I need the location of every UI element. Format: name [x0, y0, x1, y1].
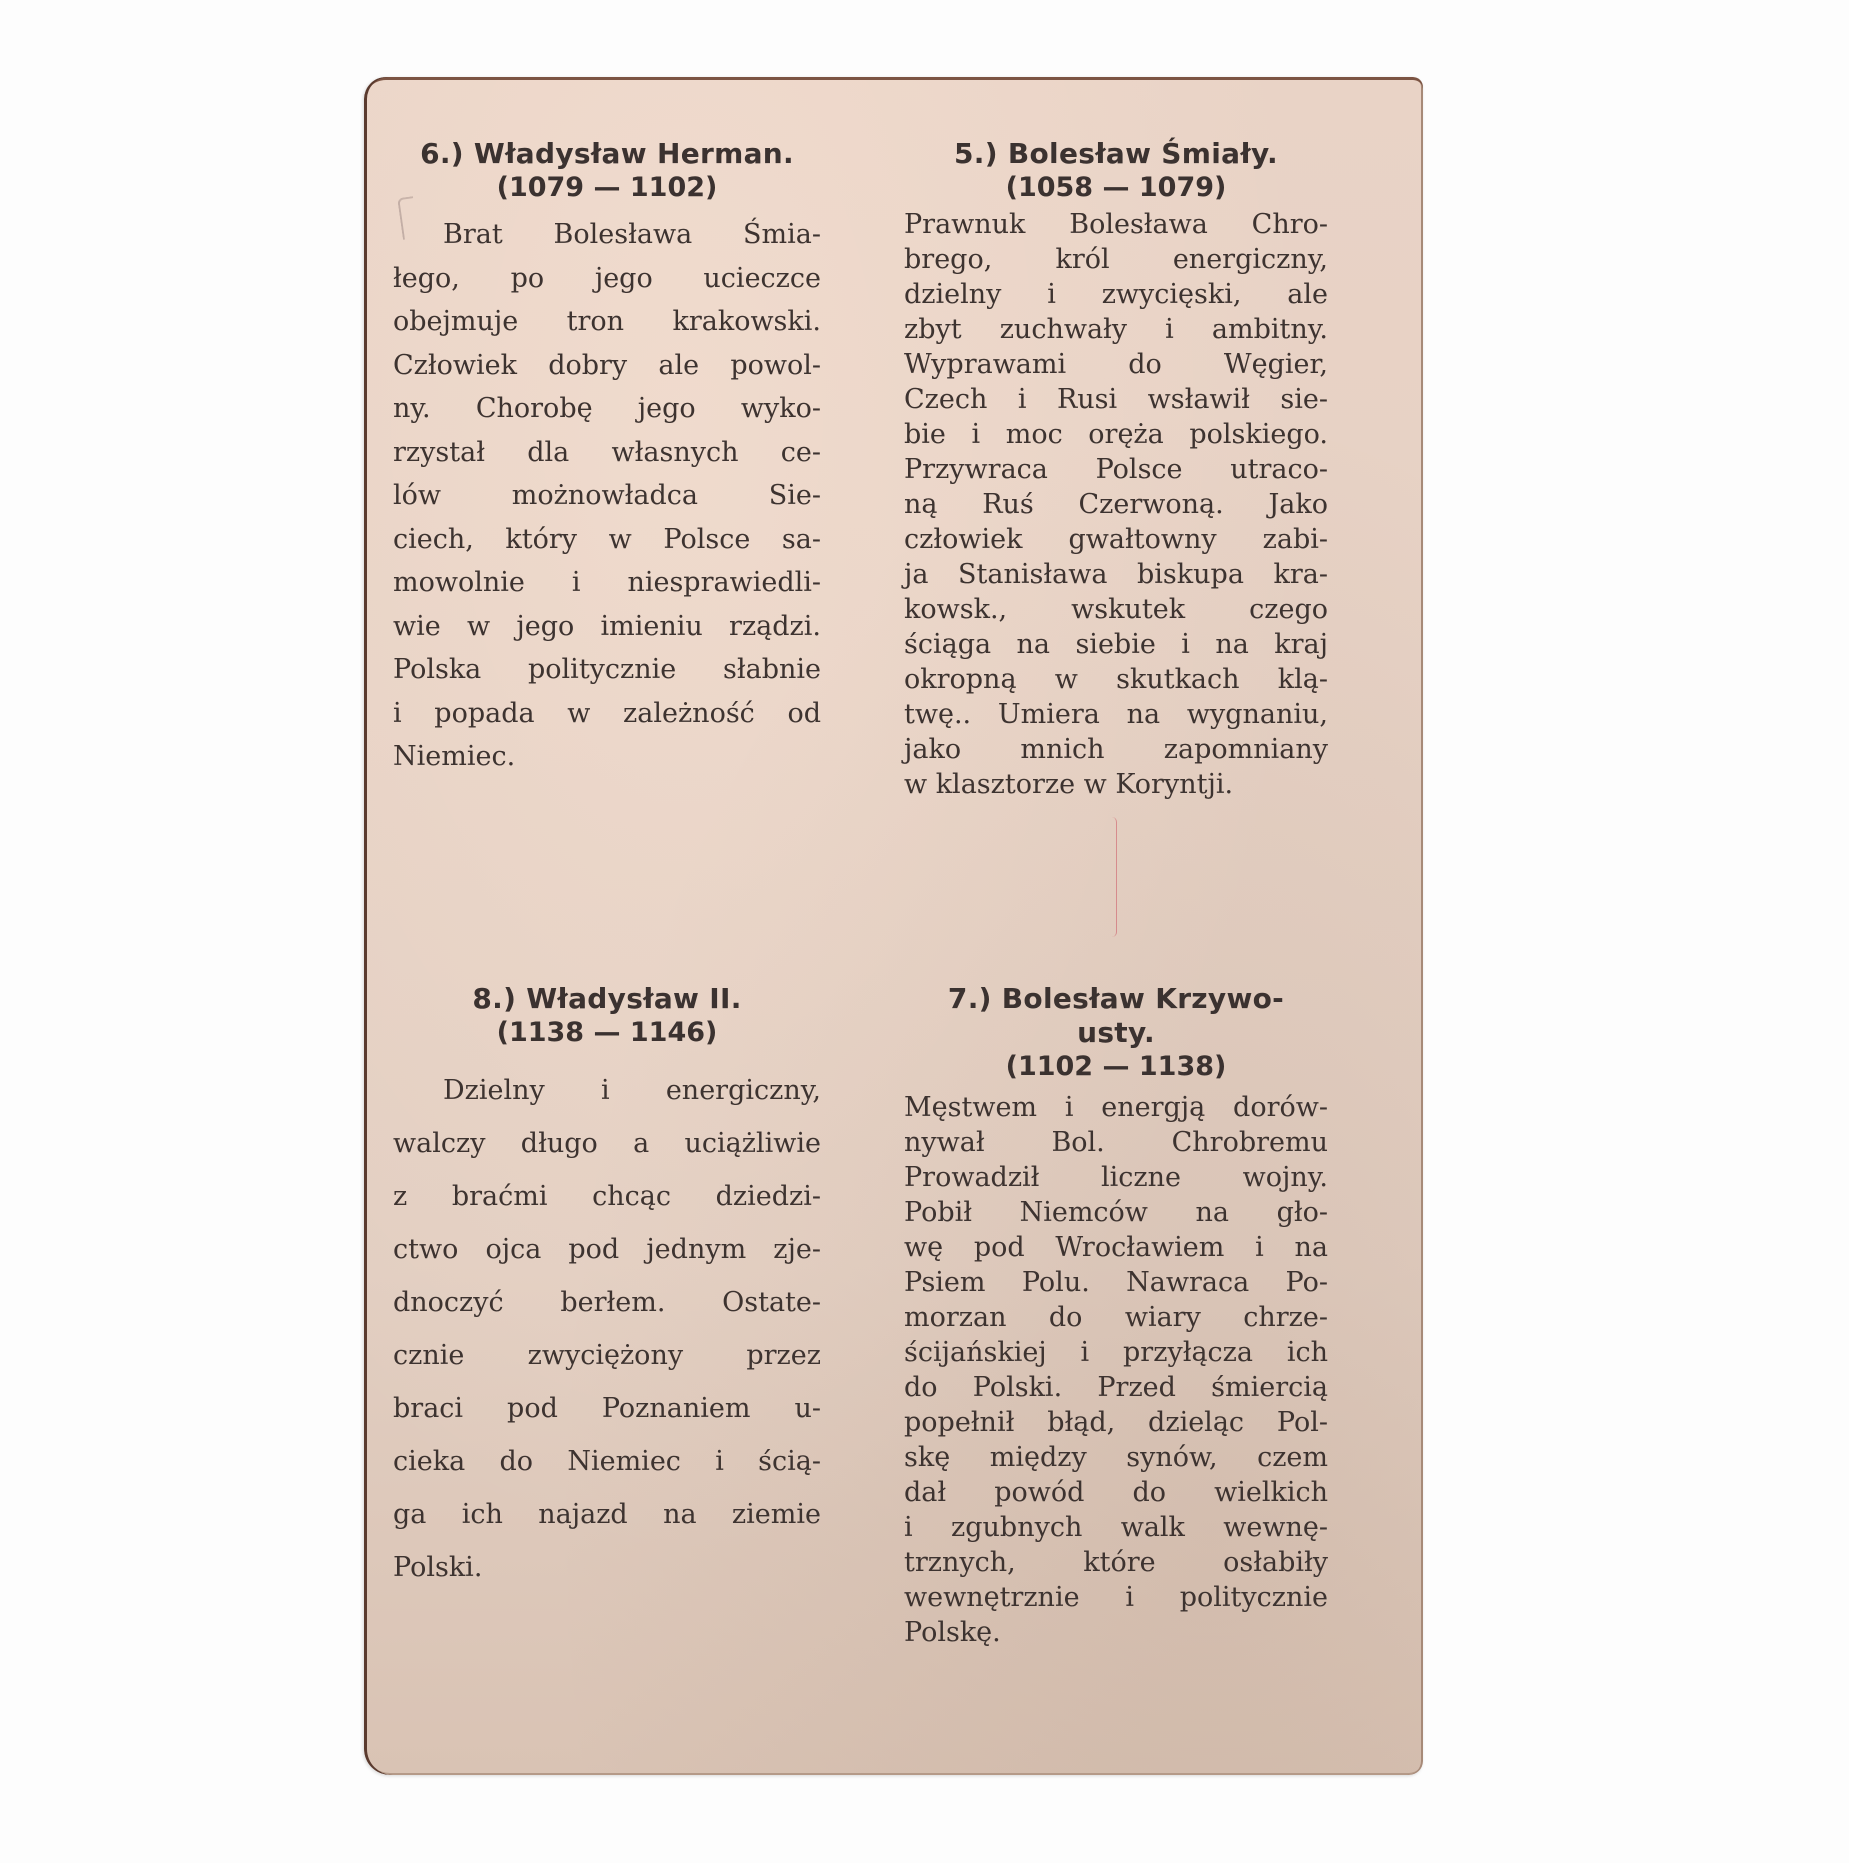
- reign-dates: (1058 — 1079): [904, 171, 1328, 205]
- text-line: Pobił Niemców na gło-: [904, 1195, 1328, 1230]
- text-line: kowsk., wskutek czego: [904, 592, 1328, 627]
- text-line: ciech, który w Polsce sa-: [393, 518, 821, 562]
- reign-dates: (1102 — 1138): [904, 1050, 1328, 1084]
- text-line: bie i moc oręża polskiego.: [904, 417, 1328, 452]
- text-line: Polski.: [393, 1541, 821, 1594]
- text-line: Wyprawami do Węgier,: [904, 347, 1328, 382]
- text-line: brego, król energiczny,: [904, 242, 1328, 277]
- section-title-continued: usty.: [904, 1016, 1328, 1050]
- text-line: Przywraca Polsce utraco-: [904, 452, 1328, 487]
- section-body: Męstwem i energją dorów-nywał Bol. Chrob…: [904, 1090, 1328, 1650]
- text-line: Brat Bolesława Śmia-: [393, 213, 821, 257]
- section-title: 8.) Władysław II.: [393, 982, 821, 1016]
- text-line: rzystał dla własnych ce-: [393, 431, 821, 475]
- text-line: dzielny i zwycięski, ale: [904, 277, 1328, 312]
- section-title: 7.) Bolesław Krzywo-: [904, 982, 1328, 1016]
- text-line: cieka do Niemiec i ścią-: [393, 1435, 821, 1488]
- text-line: Polska politycznie słabnie: [393, 648, 821, 692]
- text-line: wewnętrznie i politycznie: [904, 1580, 1328, 1615]
- text-line: popełnił błąd, dzieląc Pol-: [904, 1405, 1328, 1440]
- text-line: do Polski. Przed śmiercią: [904, 1370, 1328, 1405]
- reign-dates: (1079 — 1102): [393, 171, 821, 205]
- text-line: dał powód do wielkich: [904, 1475, 1328, 1510]
- text-line: Prowadził liczne wojny.: [904, 1160, 1328, 1195]
- text-line: człowiek gwałtowny zabi-: [904, 522, 1328, 557]
- text-line: walczy długo a uciążliwie: [393, 1117, 821, 1170]
- text-line: braci pod Poznaniem u-: [393, 1382, 821, 1435]
- reign-dates: (1138 — 1146): [393, 1016, 821, 1050]
- text-line: Dzielny i energiczny,: [393, 1064, 821, 1117]
- text-line: lów możnowładca Sie-: [393, 474, 821, 518]
- text-line: dnoczyć berłem. Ostate-: [393, 1276, 821, 1329]
- text-line: cznie zwyciężony przez: [393, 1329, 821, 1382]
- text-line: okropną w skutkach klą-: [904, 662, 1328, 697]
- text-line: skę między synów, czem: [904, 1440, 1328, 1475]
- text-line: twę.. Umiera na wygnaniu,: [904, 697, 1328, 732]
- section-wladyslaw-herman: 6.) Władysław Herman. (1079 — 1102) Brat…: [393, 137, 821, 779]
- text-line: ja Stanisława biskupa kra-: [904, 557, 1328, 592]
- text-line: wę pod Wrocławiem i na: [904, 1230, 1328, 1265]
- text-line: i zgubnych walk wewnę-: [904, 1510, 1328, 1545]
- text-line: i popada w zależność od: [393, 692, 821, 736]
- text-line: trznych, które osłabiły: [904, 1545, 1328, 1580]
- text-line: Psiem Polu. Nawraca Po-: [904, 1265, 1328, 1300]
- text-line: Człowiek dobry ale powol-: [393, 344, 821, 388]
- text-line: obejmuje tron krakowski.: [393, 300, 821, 344]
- section-boleslaw-krzywousty: 7.) Bolesław Krzywo- usty. (1102 — 1138)…: [904, 982, 1328, 1650]
- text-line: jako mnich zapomniany: [904, 732, 1328, 767]
- text-line: Czech i Rusi wsławił sie-: [904, 382, 1328, 417]
- section-title: 6.) Władysław Herman.: [393, 137, 821, 171]
- text-line: wie w jego imieniu rządzi.: [393, 605, 821, 649]
- text-line: łego, po jego ucieczce: [393, 257, 821, 301]
- text-line: morzan do wiary chrze-: [904, 1300, 1328, 1335]
- section-body: Prawnuk Bolesława Chro-brego, król energ…: [904, 207, 1328, 802]
- text-line: ctwo ojca pod jednym zje-: [393, 1223, 821, 1276]
- text-line: z braćmi chcąc dziedzi-: [393, 1170, 821, 1223]
- text-line: w klasztorze w Koryntji.: [904, 767, 1328, 802]
- text-line: Prawnuk Bolesława Chro-: [904, 207, 1328, 242]
- text-line: ny. Chorobę jego wyko-: [393, 387, 821, 431]
- text-line: nywał Bol. Chrobremu: [904, 1125, 1328, 1160]
- text-line: Polskę.: [904, 1615, 1328, 1650]
- red-ink-mark: [1112, 817, 1117, 937]
- history-card: 6.) Władysław Herman. (1079 — 1102) Brat…: [364, 77, 1423, 1775]
- section-boleslaw-smialy: 5.) Bolesław Śmiały. (1058 — 1079) Prawn…: [904, 137, 1328, 802]
- text-line: ścijańskiej i przyłącza ich: [904, 1335, 1328, 1370]
- section-body: Dzielny i energiczny,walczy długo a ucią…: [393, 1064, 821, 1594]
- section-wladyslaw-ii: 8.) Władysław II. (1138 — 1146) Dzielny …: [393, 982, 821, 1594]
- text-line: Niemiec.: [393, 735, 821, 779]
- text-line: mowolnie i niesprawiedli-: [393, 561, 821, 605]
- section-title: 5.) Bolesław Śmiały.: [904, 137, 1328, 171]
- text-line: zbyt zuchwały i ambitny.: [904, 312, 1328, 347]
- text-line: ga ich najazd na ziemie: [393, 1488, 821, 1541]
- text-line: ną Ruś Czerwoną. Jako: [904, 487, 1328, 522]
- section-body: Brat Bolesława Śmia-łego, po jego uciecz…: [393, 213, 821, 779]
- text-line: ściąga na siebie i na kraj: [904, 627, 1328, 662]
- text-line: Męstwem i energją dorów-: [904, 1090, 1328, 1125]
